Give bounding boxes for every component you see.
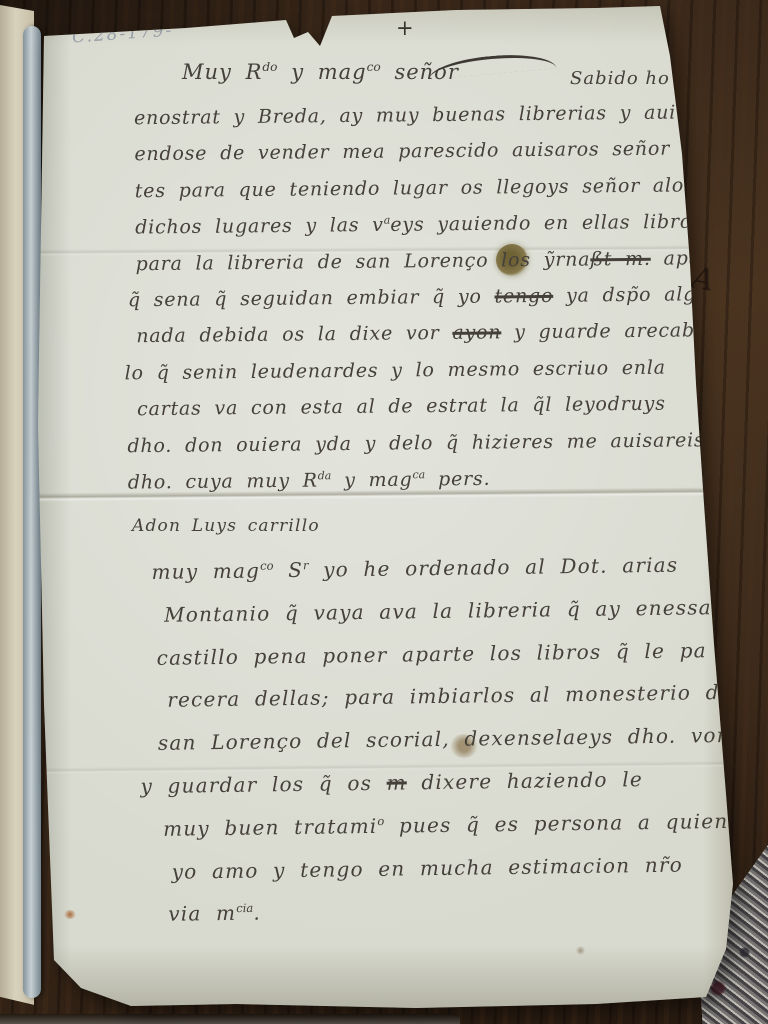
text-segment: ca (412, 468, 425, 481)
text-segment: dixere haziendo le (407, 767, 643, 794)
text-segment: muy buen tratami (163, 814, 378, 841)
text-segment: yo he ordenado al Dot. arias (308, 553, 678, 582)
text-segment: ayon (452, 322, 501, 345)
text-segment: y mag (331, 469, 412, 492)
text-segment: y guardar los q̃ os (140, 771, 386, 798)
text-segment: y mag (278, 60, 367, 84)
text-segment: nada debida os la dixe vor (136, 322, 452, 347)
text-segment: cartas va con esta al de estrat la q̃l l… (137, 393, 666, 421)
page-shadow-wrap: C.28-179- + Muy Rdo y magco señor Sabido… (0, 0, 768, 1024)
pencil-archival-mark: C.28-179- (71, 20, 174, 47)
cross-mark: + (396, 16, 414, 40)
text-segment: y guarde arecabdo (501, 319, 720, 343)
text-segment: para la libreria de san Lorenço los ỹrna (135, 248, 590, 275)
text-segment: endose de vender mea parescido auisaros … (134, 138, 708, 166)
text-segment: via m (168, 901, 236, 926)
text-segment: dichos lugares y las v (135, 214, 384, 239)
text-segment: . (253, 901, 261, 925)
small-stain (576, 946, 585, 955)
text-segment: ya dsp̃o algouna (553, 283, 747, 307)
text-segment: m (386, 770, 407, 794)
text-segment: co (260, 559, 274, 573)
text-segment: dho. don ouiera yda y delo q̃ hizieres m… (127, 429, 704, 457)
body-paragraph-1: enostrat y Breda, ay muy buenas libreria… (134, 101, 749, 508)
text-segment: enostrat y Breda, ay muy buenas libreria… (134, 102, 676, 130)
text-segment: pues q̃ es persona a quien (384, 809, 728, 838)
manuscript-page: C.28-179- + Muy Rdo y magco señor Sabido… (36, 4, 738, 1016)
text-segment: tengo (494, 285, 553, 308)
text-segment: eys yauiendo en ellas libros (390, 211, 703, 236)
manuscript-line: via mcia. (168, 894, 736, 945)
address-line: Adon Luys carrillo (132, 516, 320, 536)
text-segment: lo q̃ senin leudenardes y lo mesmo escri… (125, 356, 666, 384)
text-segment: tes para que teniendo lugar os llegoys s… (135, 174, 695, 202)
text-segment: q̃ sena q̃ seguidan embiar q̃ yo (128, 285, 495, 311)
photo: A C.28-179- + Muy Rdo y magco señor Sabi… (0, 0, 768, 1024)
ink-flourish (427, 50, 556, 79)
manuscript-line: dho. cuya muy Rda y magca pers. (128, 465, 749, 508)
salutation-line: Muy Rdo y magco señor (182, 60, 459, 84)
rust-spot-lower (40, 978, 60, 990)
text-segment: muy mag (151, 558, 260, 584)
text-segment: Muy R (182, 60, 262, 84)
text-segment: pers. (425, 468, 490, 491)
margin-note-sabido: Sabido ho q̃ (570, 68, 689, 89)
text-segment: S (273, 558, 303, 582)
text-segment: da (318, 469, 332, 482)
text-segment: ßt m. (590, 247, 651, 270)
text-segment: aparde (651, 246, 736, 269)
text-segment: co (367, 60, 381, 74)
body-paragraph-2: muy magco Sr yo he ordenado al Dot. aria… (137, 552, 736, 945)
text-segment: do (262, 60, 277, 74)
text-segment: cia (236, 901, 253, 915)
text-segment: dho. cuya muy R (128, 470, 318, 494)
rust-spot-upper (64, 910, 76, 919)
